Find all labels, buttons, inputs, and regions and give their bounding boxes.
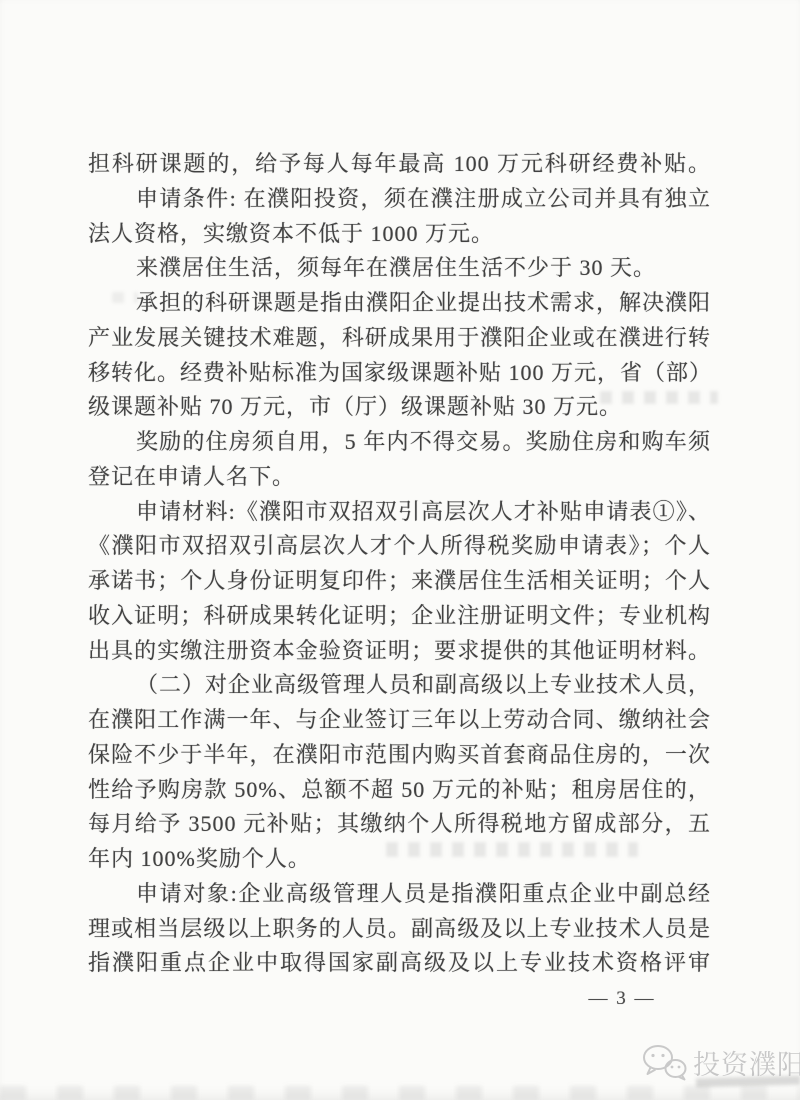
document-line: （二）对企业高级管理人员和副高级以上专业技术人员，: [88, 668, 711, 703]
document-line: 理或相当层级以上职务的人员。副高级及以上专业技术人员是: [88, 912, 711, 947]
document-line: 收入证明；科研成果转化证明；企业注册证明文件；专业机构: [88, 599, 711, 634]
document-line: 保险不少于半年，在濮阳市范围内购买首套商品住房的，一次: [88, 738, 711, 773]
bleed-through-mark: [600, 391, 718, 404]
wechat-icon: [641, 1043, 688, 1082]
document-line: 登记在申请人名下。: [88, 460, 711, 495]
scan-edge-noise: [0, 1086, 800, 1100]
document-line: 承担的科研课题是指由濮阳企业提出技术需求，解决濮阳: [88, 286, 711, 321]
document-line: 申请条件: 在濮阳投资，须在濮注册成立公司并具有独立: [88, 182, 711, 217]
bleed-through-mark: [112, 292, 138, 303]
document-line: 指濮阳重点企业中取得国家副高级及以上专业技术资格评审: [88, 946, 711, 981]
page-number: — 3 —: [576, 988, 668, 1010]
document-line: 申请对象:企业高级管理人员是指濮阳重点企业中副总经: [88, 877, 711, 912]
document-line: 在濮阳工作满一年、与企业签订三年以上劳动合同、缴纳社会: [88, 703, 711, 738]
document-line: 来濮居住生活，须每年在濮居住生活不少于 30 天。: [88, 251, 711, 286]
scanned-document-page: 担科研课题的，给予每人每年最高 100 万元科研经费补贴。申请条件: 在濮阳投资…: [0, 0, 800, 1100]
document-line: 奖励的住房须自用，5 年内不得交易。奖励住房和购车须: [88, 425, 711, 460]
document-line: 产业发展关键技术难题，科研成果用于濮阳企业或在濮进行转: [88, 321, 711, 356]
document-line: 每月给予 3500 元补贴；其缴纳个人所得税地方留成部分，五: [88, 807, 711, 842]
document-line: 承诺书；个人身份证明复印件；来濮居住生活相关证明；个人: [88, 564, 711, 599]
document-line: 《濮阳市双招双引高层次人才个人所得税奖励申请表》；个人: [88, 529, 711, 564]
document-line: 出具的实缴注册资本金验资证明；要求提供的其他证明材料。: [88, 634, 711, 669]
document-line: 移转化。经费补贴标准为国家级课题补贴 100 万元，省（部）: [88, 356, 711, 391]
document-line: 性给予购房款 50%、总额不超 50 万元的补贴；租房居住的，: [88, 773, 711, 808]
document-line: 申请材料:《濮阳市双招双引高层次人才补贴申请表①》、: [88, 495, 711, 530]
document-line: 担科研课题的，给予每人每年最高 100 万元科研经费补贴。: [88, 147, 711, 182]
bleed-through-mark: [386, 842, 638, 857]
document-line: 法人资格，实缴资本不低于 1000 万元。: [88, 217, 711, 252]
